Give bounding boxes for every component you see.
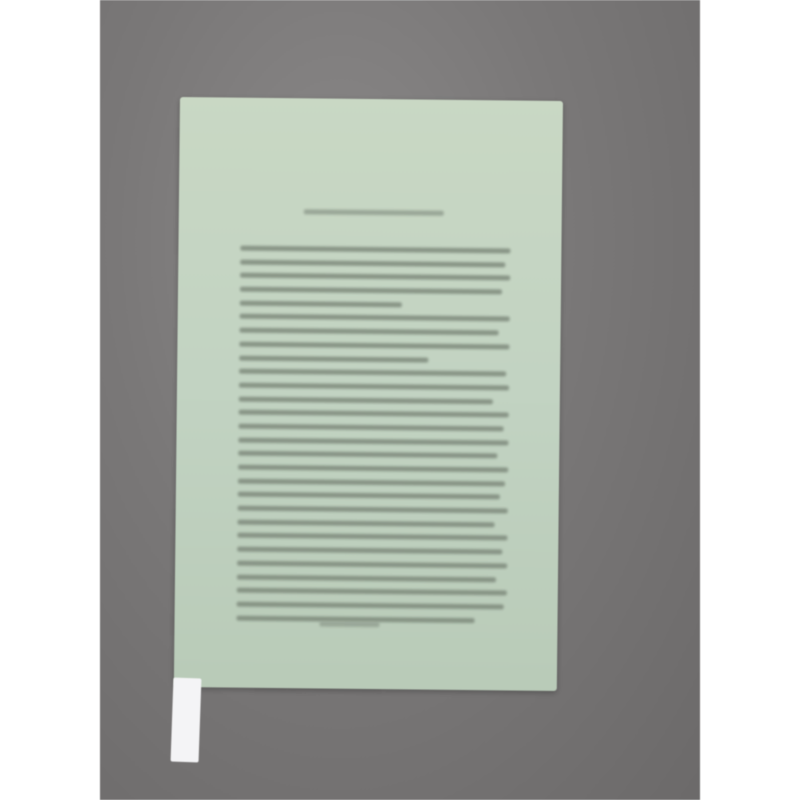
text-line: [240, 314, 510, 322]
paper-tab: [171, 678, 202, 763]
text-line: [240, 300, 402, 307]
booklet-cover: [174, 97, 563, 691]
text-line: [239, 341, 509, 349]
text-line: [240, 273, 510, 281]
text-line: [237, 547, 502, 555]
booklet-footer: [319, 621, 379, 627]
text-line: [237, 601, 504, 609]
text-line: [238, 519, 495, 527]
text-line: [240, 259, 505, 267]
text-line: [239, 410, 509, 418]
text-line: [237, 560, 507, 568]
text-line: [237, 588, 507, 596]
booklet-body-text: [236, 246, 510, 632]
text-line: [240, 246, 510, 254]
text-line: [239, 355, 428, 362]
text-line: [239, 383, 509, 391]
text-line: [238, 451, 497, 459]
text-line: [238, 437, 508, 445]
text-line: [239, 396, 493, 404]
text-line: [238, 465, 508, 473]
text-line: [240, 328, 499, 336]
text-line: [239, 369, 506, 377]
text-line: [237, 574, 496, 582]
text-line: [239, 424, 504, 432]
text-line: [238, 506, 508, 514]
text-line: [238, 478, 505, 486]
text-line: [240, 287, 502, 295]
text-line: [238, 492, 500, 500]
text-line: [237, 533, 507, 541]
booklet-heading: [304, 209, 444, 215]
